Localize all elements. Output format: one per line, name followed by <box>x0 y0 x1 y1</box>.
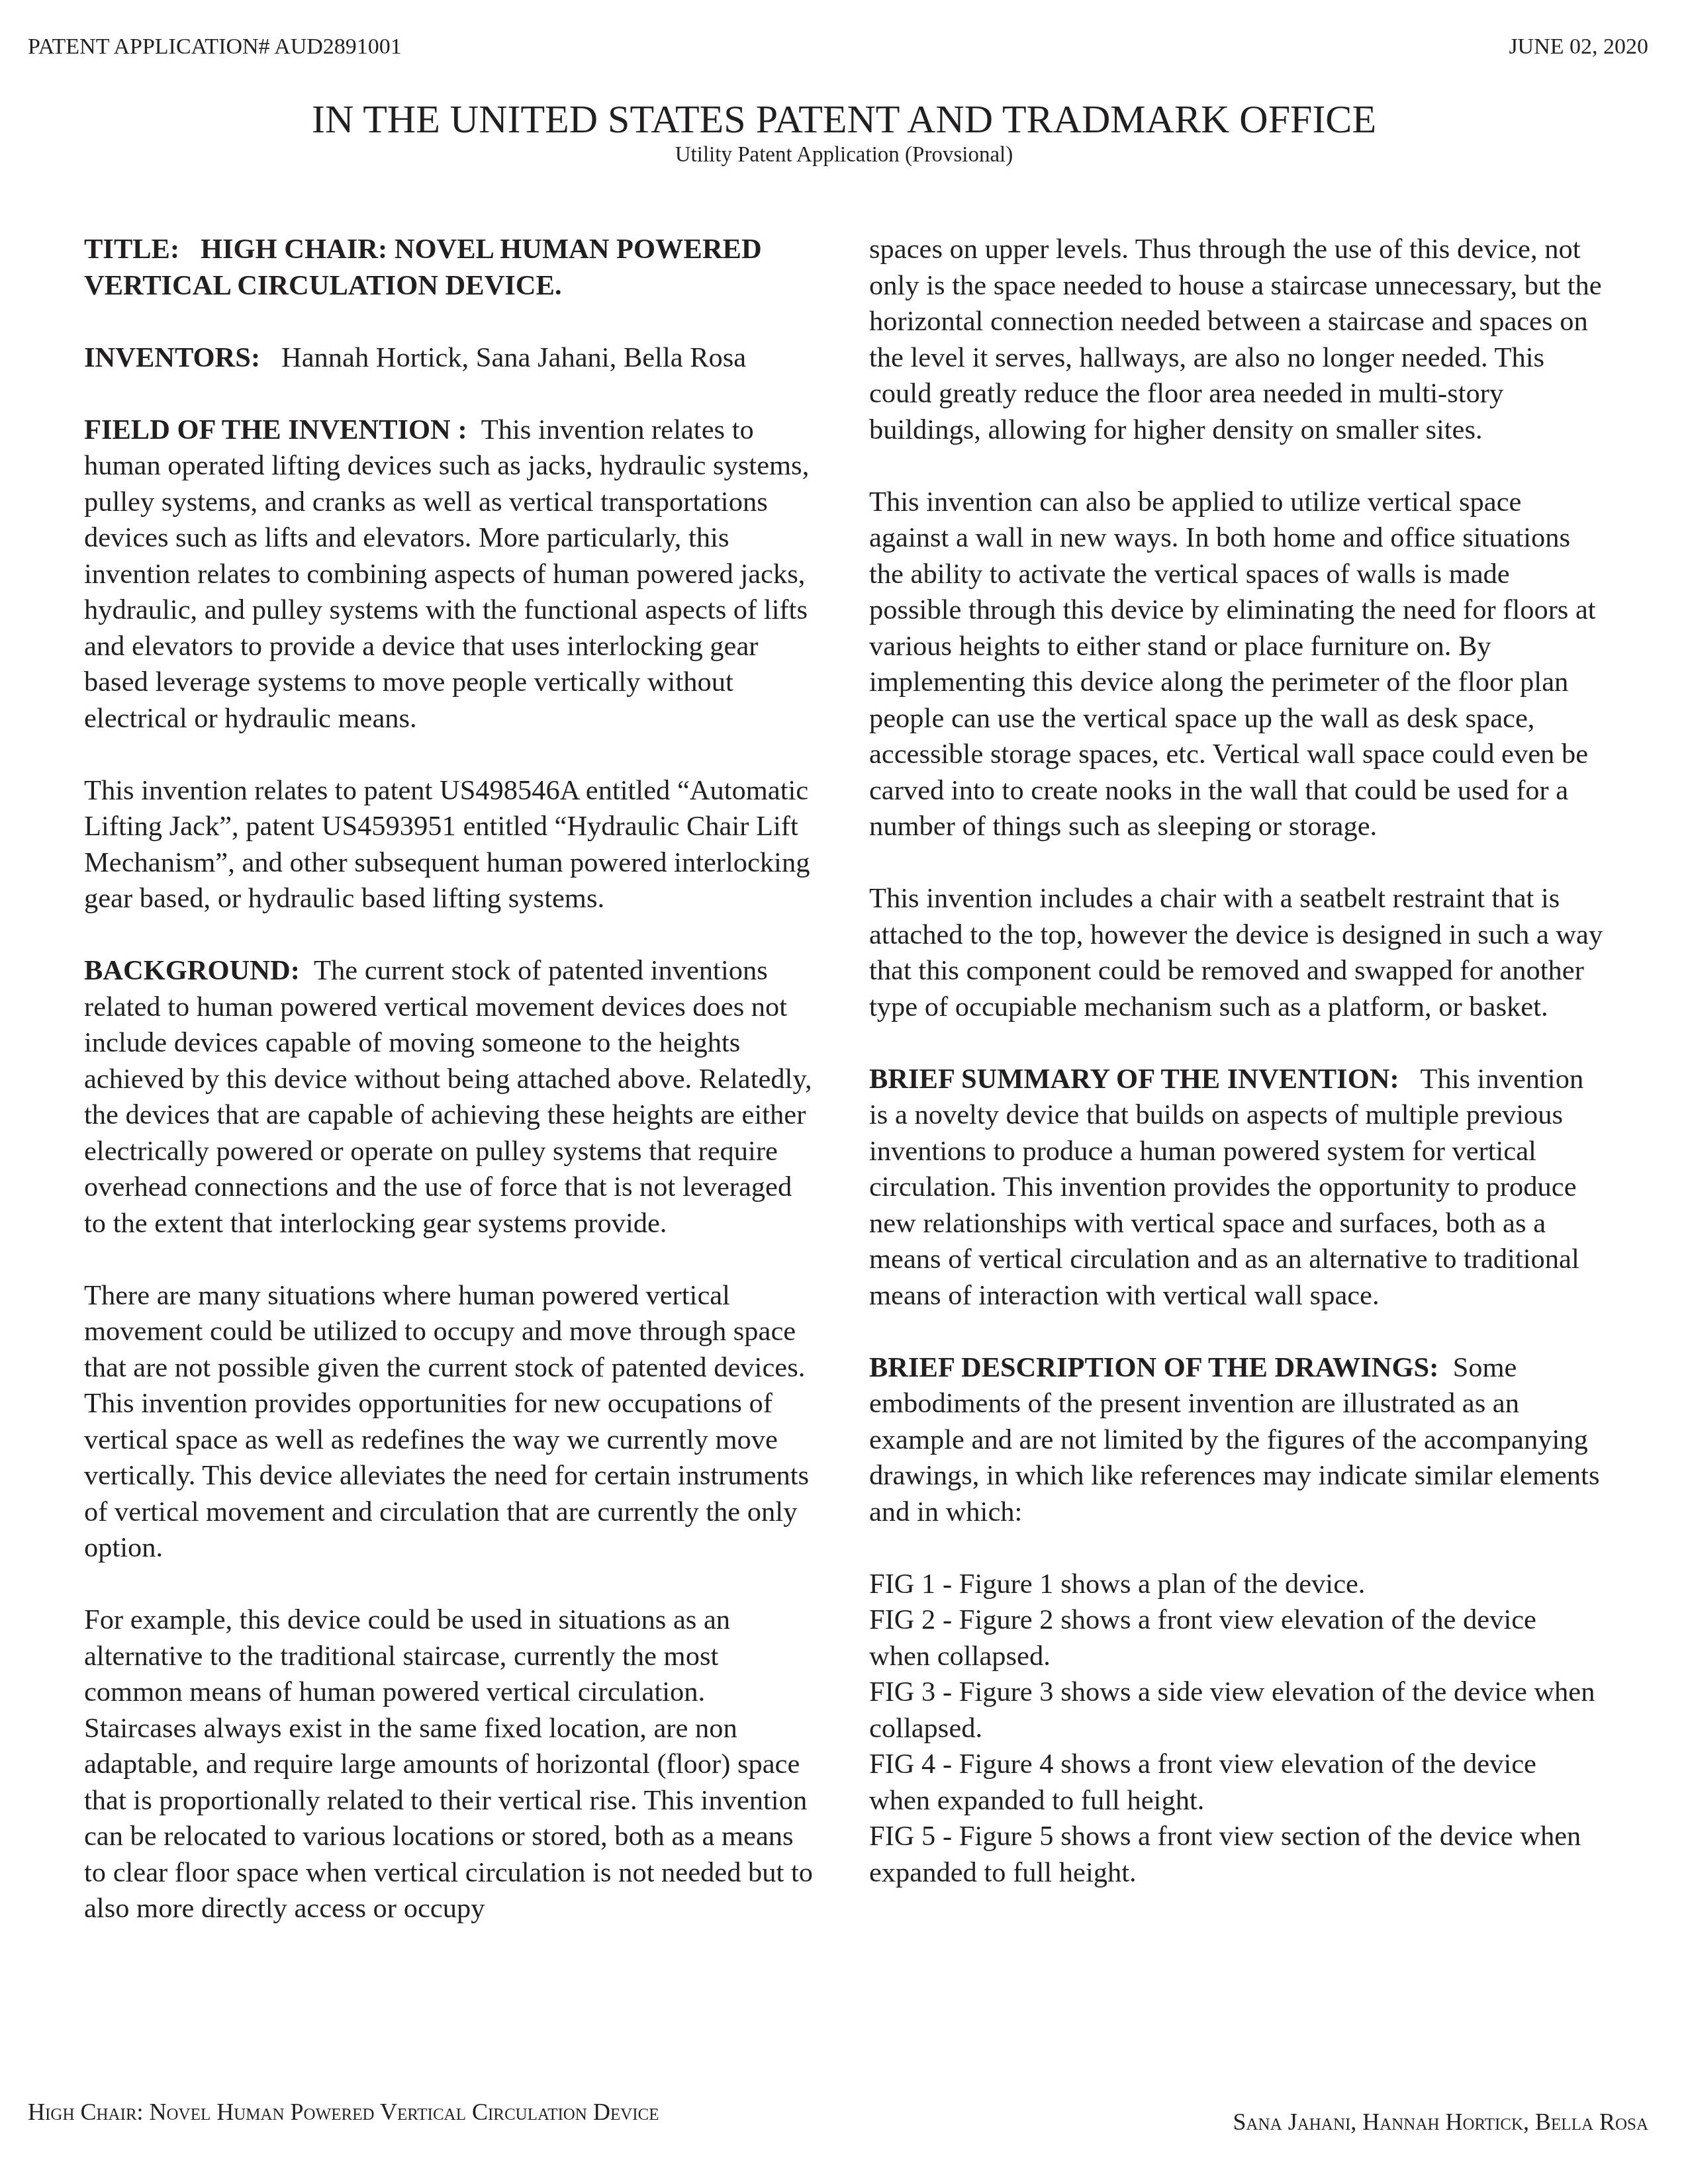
running-header-date: JUNE 02, 2020 <box>1509 34 1648 60</box>
figure-item-2: FIG 2 - Figure 2 shows a front view elev… <box>869 1602 1604 1674</box>
right-column: spaces on upper levels. Thus through the… <box>869 232 1604 1891</box>
footer-authors: Sana Jahani, Hannah Hortick, Bella Rosa <box>1233 2108 1648 2136</box>
field-text: This invention relates to human operated… <box>84 414 809 734</box>
background-section: BACKGROUND: The current stock of patente… <box>84 953 819 1242</box>
running-header-application-number: PATENT APPLICATION# AUD2891001 <box>28 34 402 60</box>
background-text: The current stock of patented inventions… <box>84 955 812 1239</box>
office-title: IN THE UNITED STATES PATENT AND TRADMARK… <box>0 93 1688 146</box>
inventors-section: INVENTORS: Hannah Hortick, Sana Jahani, … <box>84 340 819 377</box>
field-of-invention-section: FIELD OF THE INVENTION : This invention … <box>84 412 819 737</box>
footer-document-title: High Chair: Novel Human Powered Vertical… <box>28 2098 659 2126</box>
application-type: Utility Patent Application (Provsional) <box>0 142 1688 168</box>
drawings-label: BRIEF DESCRIPTION OF THE DRAWINGS: <box>869 1352 1438 1383</box>
summary-label: BRIEF SUMMARY OF THE INVENTION: <box>869 1064 1399 1095</box>
left-column: TITLE: HIGH CHAIR: NOVEL HUMAN POWERED V… <box>84 232 819 1927</box>
figure-item-5: FIG 5 - Figure 5 shows a front view sect… <box>869 1819 1604 1891</box>
field-label: FIELD OF THE INVENTION : <box>84 414 467 445</box>
figure-item-1: FIG 1 - Figure 1 shows a plan of the dev… <box>869 1567 1604 1603</box>
continuation-paragraph: spaces on upper levels. Thus through the… <box>869 232 1604 448</box>
drawings-description-section: BRIEF DESCRIPTION OF THE DRAWINGS: Some … <box>869 1350 1604 1531</box>
example-paragraph: For example, this device could be used i… <box>84 1602 819 1927</box>
brief-summary-section: BRIEF SUMMARY OF THE INVENTION: This inv… <box>869 1062 1604 1314</box>
summary-text: This invention is a novelty device that … <box>869 1064 1583 1311</box>
title-label: TITLE: <box>84 234 179 265</box>
title-section: TITLE: HIGH CHAIR: NOVEL HUMAN POWERED V… <box>84 232 819 304</box>
inventors-text: Hannah Hortick, Sana Jahani, Bella Rosa <box>281 342 746 373</box>
figure-list: FIG 1 - Figure 1 shows a plan of the dev… <box>869 1567 1604 1891</box>
wall-space-paragraph: This invention can also be applied to ut… <box>869 484 1604 845</box>
chair-paragraph: This invention includes a chair with a s… <box>869 881 1604 1025</box>
figure-item-4: FIG 4 - Figure 4 shows a front view elev… <box>869 1747 1604 1819</box>
situations-paragraph: There are many situations where human po… <box>84 1278 819 1567</box>
figure-item-3: FIG 3 - Figure 3 shows a side view eleva… <box>869 1674 1604 1747</box>
background-label: BACKGROUND: <box>84 955 300 986</box>
inventors-label: INVENTORS: <box>84 342 260 373</box>
title-text: HIGH CHAIR: NOVEL HUMAN POWERED VERTICAL… <box>84 234 762 301</box>
related-patents-paragraph: This invention relates to patent US49854… <box>84 773 819 917</box>
